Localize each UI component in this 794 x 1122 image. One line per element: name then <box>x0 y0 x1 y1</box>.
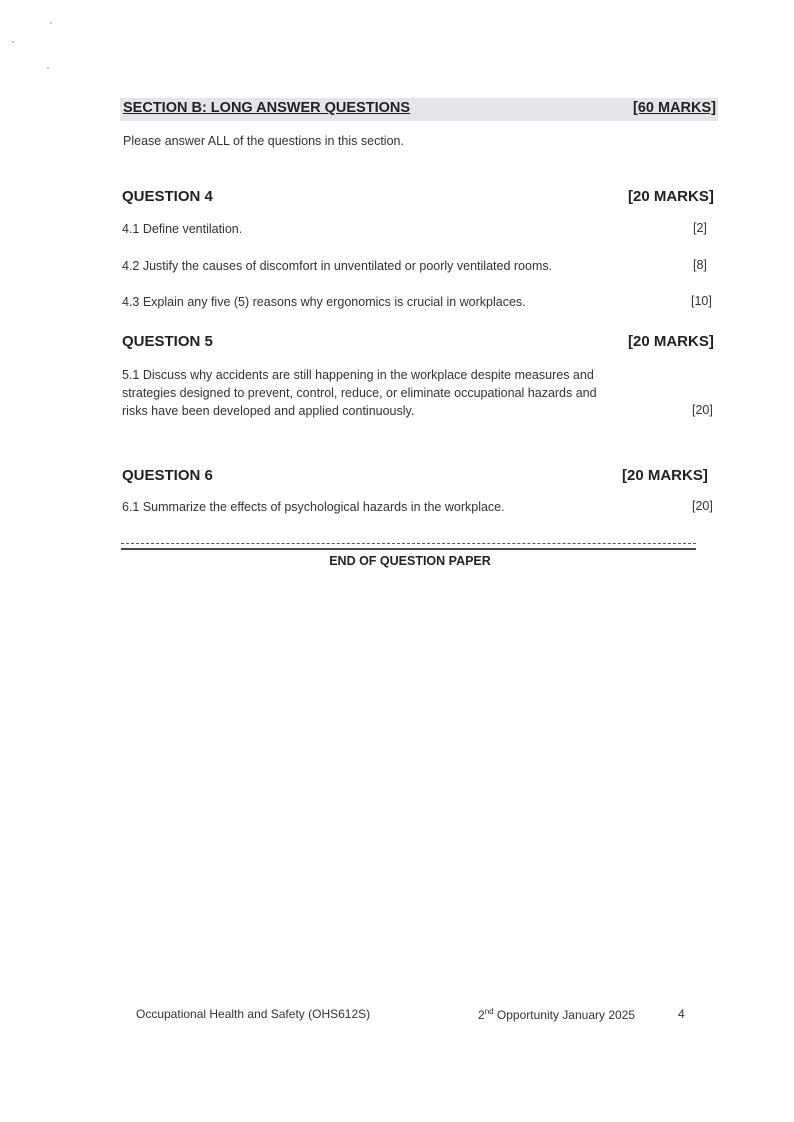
scan-speck <box>47 67 49 69</box>
question-4-1-text: 4.1 Define ventilation. <box>122 221 242 238</box>
scan-speck <box>50 22 52 24</box>
footer-opportunity-suffix: nd <box>485 1007 494 1016</box>
question-4-heading: QUESTION 4 <box>122 188 213 205</box>
footer-course: Occupational Health and Safety (OHS612S) <box>136 1007 370 1021</box>
solid-divider <box>121 548 696 550</box>
footer-opportunity-text: Opportunity January 2025 <box>494 1008 635 1022</box>
section-instructions: Please answer ALL of the questions in th… <box>123 134 404 148</box>
scan-speck <box>12 41 14 43</box>
footer-page-number: 4 <box>678 1007 685 1021</box>
question-5-1-marks: [20] <box>692 403 713 417</box>
footer-opportunity: 2nd Opportunity January 2025 <box>478 1007 635 1022</box>
dashed-divider <box>121 543 696 544</box>
question-4-2-text: 4.2 Justify the causes of discomfort in … <box>122 258 552 275</box>
end-of-paper-label: END OF QUESTION PAPER <box>0 554 794 568</box>
question-4-3-marks: [10] <box>691 294 712 308</box>
question-4-1-marks: [2] <box>693 221 707 235</box>
exam-page: SECTION B: LONG ANSWER QUESTIONS [60 MAR… <box>0 0 794 1122</box>
question-5-marks: [20 MARKS] <box>628 333 714 350</box>
question-4-3-text: 4.3 Explain any five (5) reasons why erg… <box>122 294 526 311</box>
question-5-1-line-2: strategies designed to prevent, control,… <box>122 385 597 402</box>
question-4-2-marks: [8] <box>693 258 707 272</box>
question-5-1-line-1: 5.1 Discuss why accidents are still happ… <box>122 367 594 384</box>
question-6-1-text: 6.1 Summarize the effects of psychologic… <box>122 499 505 516</box>
question-6-marks: [20 MARKS] <box>622 467 708 484</box>
question-5-heading: QUESTION 5 <box>122 333 213 350</box>
question-6-1-marks: [20] <box>692 499 713 513</box>
section-marks: [60 MARKS] <box>633 100 716 116</box>
question-4-marks: [20 MARKS] <box>628 188 714 205</box>
section-title: SECTION B: LONG ANSWER QUESTIONS <box>123 100 410 116</box>
question-5-1-line-3: risks have been developed and applied co… <box>122 403 414 420</box>
footer-opportunity-number: 2 <box>478 1008 485 1022</box>
question-6-heading: QUESTION 6 <box>122 467 213 484</box>
